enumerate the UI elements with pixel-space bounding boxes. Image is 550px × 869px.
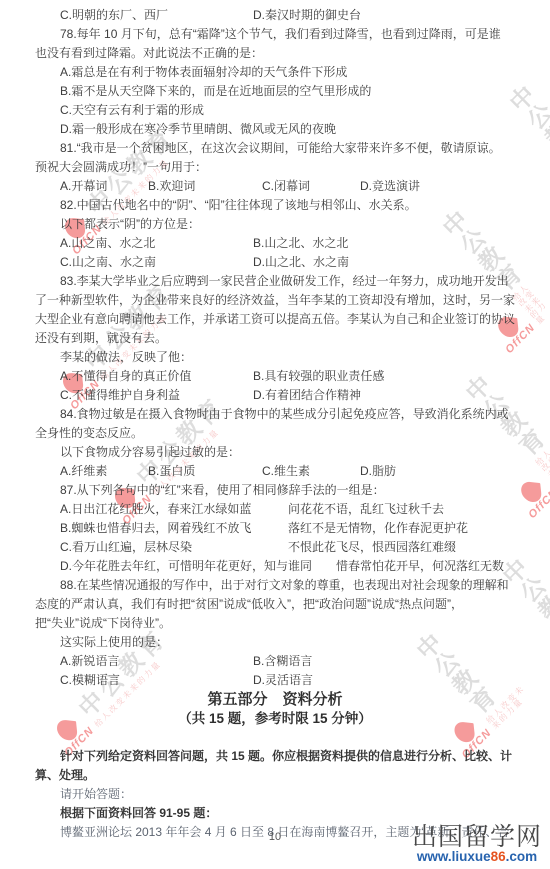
option-line: B.霜不是从天空降下来的，而是在近地面层的空气里形成的 — [0, 82, 550, 101]
url-number: 86 — [491, 849, 506, 864]
text-line: 还没有到期，就没有去。 — [0, 329, 550, 348]
option-text: A.不懂得自身的真正价值 — [60, 367, 191, 386]
text-line: 全身性的变态反应。 — [0, 424, 550, 443]
text-line: 请开始答题： — [0, 785, 550, 804]
document-page: OffCN中公教育给人改变未来的力量OffCN中公教育给人改变未来的力量OffC… — [0, 0, 550, 869]
text-line: 也没有看到过降霜。对此说法不正确的是： — [0, 44, 550, 63]
text-line: 84.食物过敏是在摄入食物时由于食物中的某些成分引起免疫应答，导致消化系统内或 — [0, 405, 550, 424]
option-line: 李某的做法，反映了他： — [0, 348, 550, 367]
option-text: B.山之北、水之北 — [253, 234, 348, 253]
text-line: 算、处理。 — [0, 766, 550, 785]
section-subheading: （共 15 题，参考时限 15 分钟） — [0, 709, 550, 728]
option-text: 惜春常怕花开早，何况落红无数 — [336, 557, 504, 576]
option-text: C.明朝的东厂、西厂 — [60, 6, 168, 25]
text-line: 88.在某些情况通报的写作中，出于对行文对象的尊重，也表现出对社会现象的理解和 — [0, 576, 550, 595]
option-text: C.闭幕词 — [262, 177, 310, 196]
option-line: 以下食物成分容易引起过敏的是： — [0, 443, 550, 462]
option-text: C.模糊语言 — [60, 671, 120, 690]
text-line: 大型企业有意向聘请他去工作，并承诺工资可以提高五倍。李某认为自己和企业签订的协议 — [0, 310, 550, 329]
options-row: A.新锐语言B.含糊语言 — [0, 652, 550, 671]
option-text: D.今年花胜去年红，可惜明年花更好，知与谁同 — [60, 557, 312, 576]
liuxue-logo: 出国留学网 www.liuxue86.com — [412, 824, 542, 864]
text-line: 83.李某大学毕业之后应聘到一家民营企业做研发工作，经过一年努力，成功地开发出 — [0, 272, 550, 291]
text-line: 根据下面资料回答 91-95 题： — [0, 804, 550, 823]
options-row: A.开幕词B.欢迎词C.闭幕词D.竞选演讲 — [0, 177, 550, 196]
text-line: 87.从下列各句中的“红”来看，使用了相同修辞手法的一组是： — [0, 481, 550, 500]
options-row: B.蜘蛛也惜春归去，网着残红不放飞落红不是无情物，化作春泥更护花 — [0, 519, 550, 538]
option-text: 不恨此花飞尽，恨西园落红难缀 — [288, 538, 456, 557]
option-text: 问花花不语，乱红飞过秋千去 — [288, 500, 444, 519]
option-text: B.欢迎词 — [148, 177, 195, 196]
document-content: C.明朝的东厂、西厂D.秦汉时期的御史台78.每年 10 月下旬，总有“霜降”这… — [0, 6, 550, 842]
option-text: A.开幕词 — [60, 177, 107, 196]
option-text: C.看万山红遍，层林尽染 — [60, 538, 192, 557]
option-text: D.秦汉时期的御史台 — [253, 6, 361, 25]
options-row: A.纤维素B.蛋白质C.维生素D.脂肪 — [0, 462, 550, 481]
text-line: 态度的严肃认真，我们有时把“贫困”说成“低收入”，把“政治问题”说成“热点问题”… — [0, 595, 550, 614]
section-heading: 第五部分 资料分析 — [0, 690, 550, 709]
option-text: D.山之北、水之南 — [253, 253, 349, 272]
option-line: 以下都表示“阴”的方位是： — [0, 215, 550, 234]
option-text: D.脂肪 — [360, 462, 396, 481]
liuxue-site-url: www.liuxue86.com — [412, 850, 542, 864]
option-text: D.灵活语言 — [253, 671, 313, 690]
option-text: C.山之南、水之南 — [60, 253, 156, 272]
option-line: C.天空有云有利于霜的形成 — [0, 101, 550, 120]
option-line: D.霜一般形成在寒冷季节里晴朗、微风或无风的夜晚 — [0, 120, 550, 139]
spacer-line — [0, 728, 550, 747]
text-line: 针对下列给定资料回答问题，共 15 题。你应根据资料提供的信息进行分析、比较、计 — [0, 747, 550, 766]
option-text: B.蜘蛛也惜春归去，网着残红不放飞 — [60, 519, 251, 538]
option-line: A.霜总是在有利于物体表面辐射冷却的天气条件下形成 — [0, 63, 550, 82]
options-row: C.看万山红遍，层林尽染不恨此花飞尽，恨西园落红难缀 — [0, 538, 550, 557]
url-prefix: www.liuxue — [417, 849, 491, 864]
options-row: C.模糊语言D.灵活语言 — [0, 671, 550, 690]
options-row: D.今年花胜去年红，可惜明年花更好，知与谁同惜春常怕花开早，何况落红无数 — [0, 557, 550, 576]
option-text: C.维生素 — [262, 462, 310, 481]
text-line: 82.中国古代地名中的“阴”、“阳”往往体现了该地与相邻山、水关系。 — [0, 196, 550, 215]
text-line: 78.每年 10 月下旬，总有“霜降”这个节气，我们看到过降雪，也看到过降雨，可… — [0, 25, 550, 44]
options-row: C.明朝的东厂、西厂D.秦汉时期的御史台 — [0, 6, 550, 25]
liuxue-site-name: 出国留学网 — [412, 824, 542, 850]
option-text: A.纤维素 — [60, 462, 107, 481]
text-line: 把“失业”说成“下岗待业”。 — [0, 614, 550, 633]
options-row: A.不懂得自身的真正价值B.具有较强的职业责任感 — [0, 367, 550, 386]
option-text: A.山之南、水之北 — [60, 234, 155, 253]
text-line: 81.“我市是一个贫困地区，在这次会议期间，可能给大家带来许多不便，敬请原谅。 — [0, 139, 550, 158]
option-text: A.日出江花红胜火，春来江水绿如蓝 — [60, 500, 251, 519]
options-row: A.山之南、水之北B.山之北、水之北 — [0, 234, 550, 253]
options-row: C.山之南、水之南D.山之北、水之南 — [0, 253, 550, 272]
option-text: C.不懂得维护自身利益 — [60, 386, 180, 405]
options-row: C.不懂得维护自身利益D.有着团结合作精神 — [0, 386, 550, 405]
text-line: 预祝大会圆满成功！”一句用于： — [0, 158, 550, 177]
option-line: 这实际上使用的是： — [0, 633, 550, 652]
options-row: A.日出江花红胜火，春来江水绿如蓝问花花不语，乱红飞过秋千去 — [0, 500, 550, 519]
option-text: D.竞选演讲 — [360, 177, 420, 196]
text-line: 了一种新型软件，为企业带来良好的经济效益，当年李某的工资却没有增加，这时，另一家 — [0, 291, 550, 310]
url-suffix: .com — [506, 849, 538, 864]
option-text: D.有着团结合作精神 — [253, 386, 361, 405]
option-text: B.含糊语言 — [253, 652, 312, 671]
option-text: B.蛋白质 — [148, 462, 195, 481]
option-text: B.具有较强的职业责任感 — [253, 367, 384, 386]
option-text: A.新锐语言 — [60, 652, 119, 671]
option-text: 落红不是无情物，化作春泥更护花 — [288, 519, 468, 538]
